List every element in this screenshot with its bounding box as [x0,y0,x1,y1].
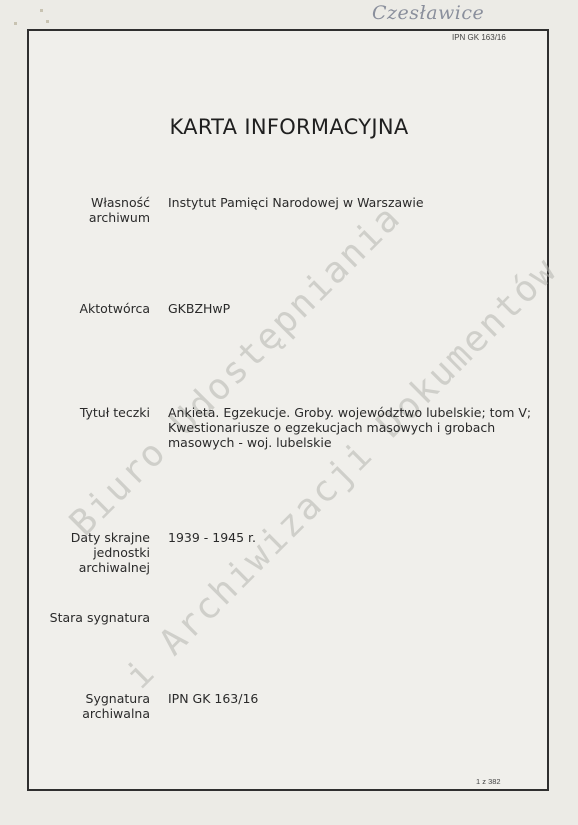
field-value-creator: GKBZHwP [168,301,528,316]
paper-speck [14,22,17,25]
field-label-owner: Własność archiwum [89,195,150,225]
field-value-dates: 1939 - 1945 r. [168,530,528,545]
field-value-title: Ankieta. Egzekucje. Groby. województwo l… [168,405,543,450]
field-label-title: Tytuł teczki [80,405,150,420]
paper-speck [46,20,49,23]
field-value-owner: Instytut Pamięci Narodowej w Warszawie [168,195,528,210]
reference-number-top: IPN GK 163/16 [452,33,506,42]
field-label-old-signature: Stara sygnatura [50,610,150,625]
paper-speck [40,9,43,12]
field-label-dates: Daty skrajne jednostki archiwalnej [71,530,150,575]
page-number: 1 z 382 [476,777,501,786]
field-label-creator: Aktotwórca [79,301,150,316]
page-title: KARTA INFORMACYJNA [0,115,578,139]
field-value-signature: IPN GK 163/16 [168,691,528,706]
handwritten-note: Czesławice [372,2,484,24]
field-label-signature: Sygnatura archiwalna [82,691,150,721]
